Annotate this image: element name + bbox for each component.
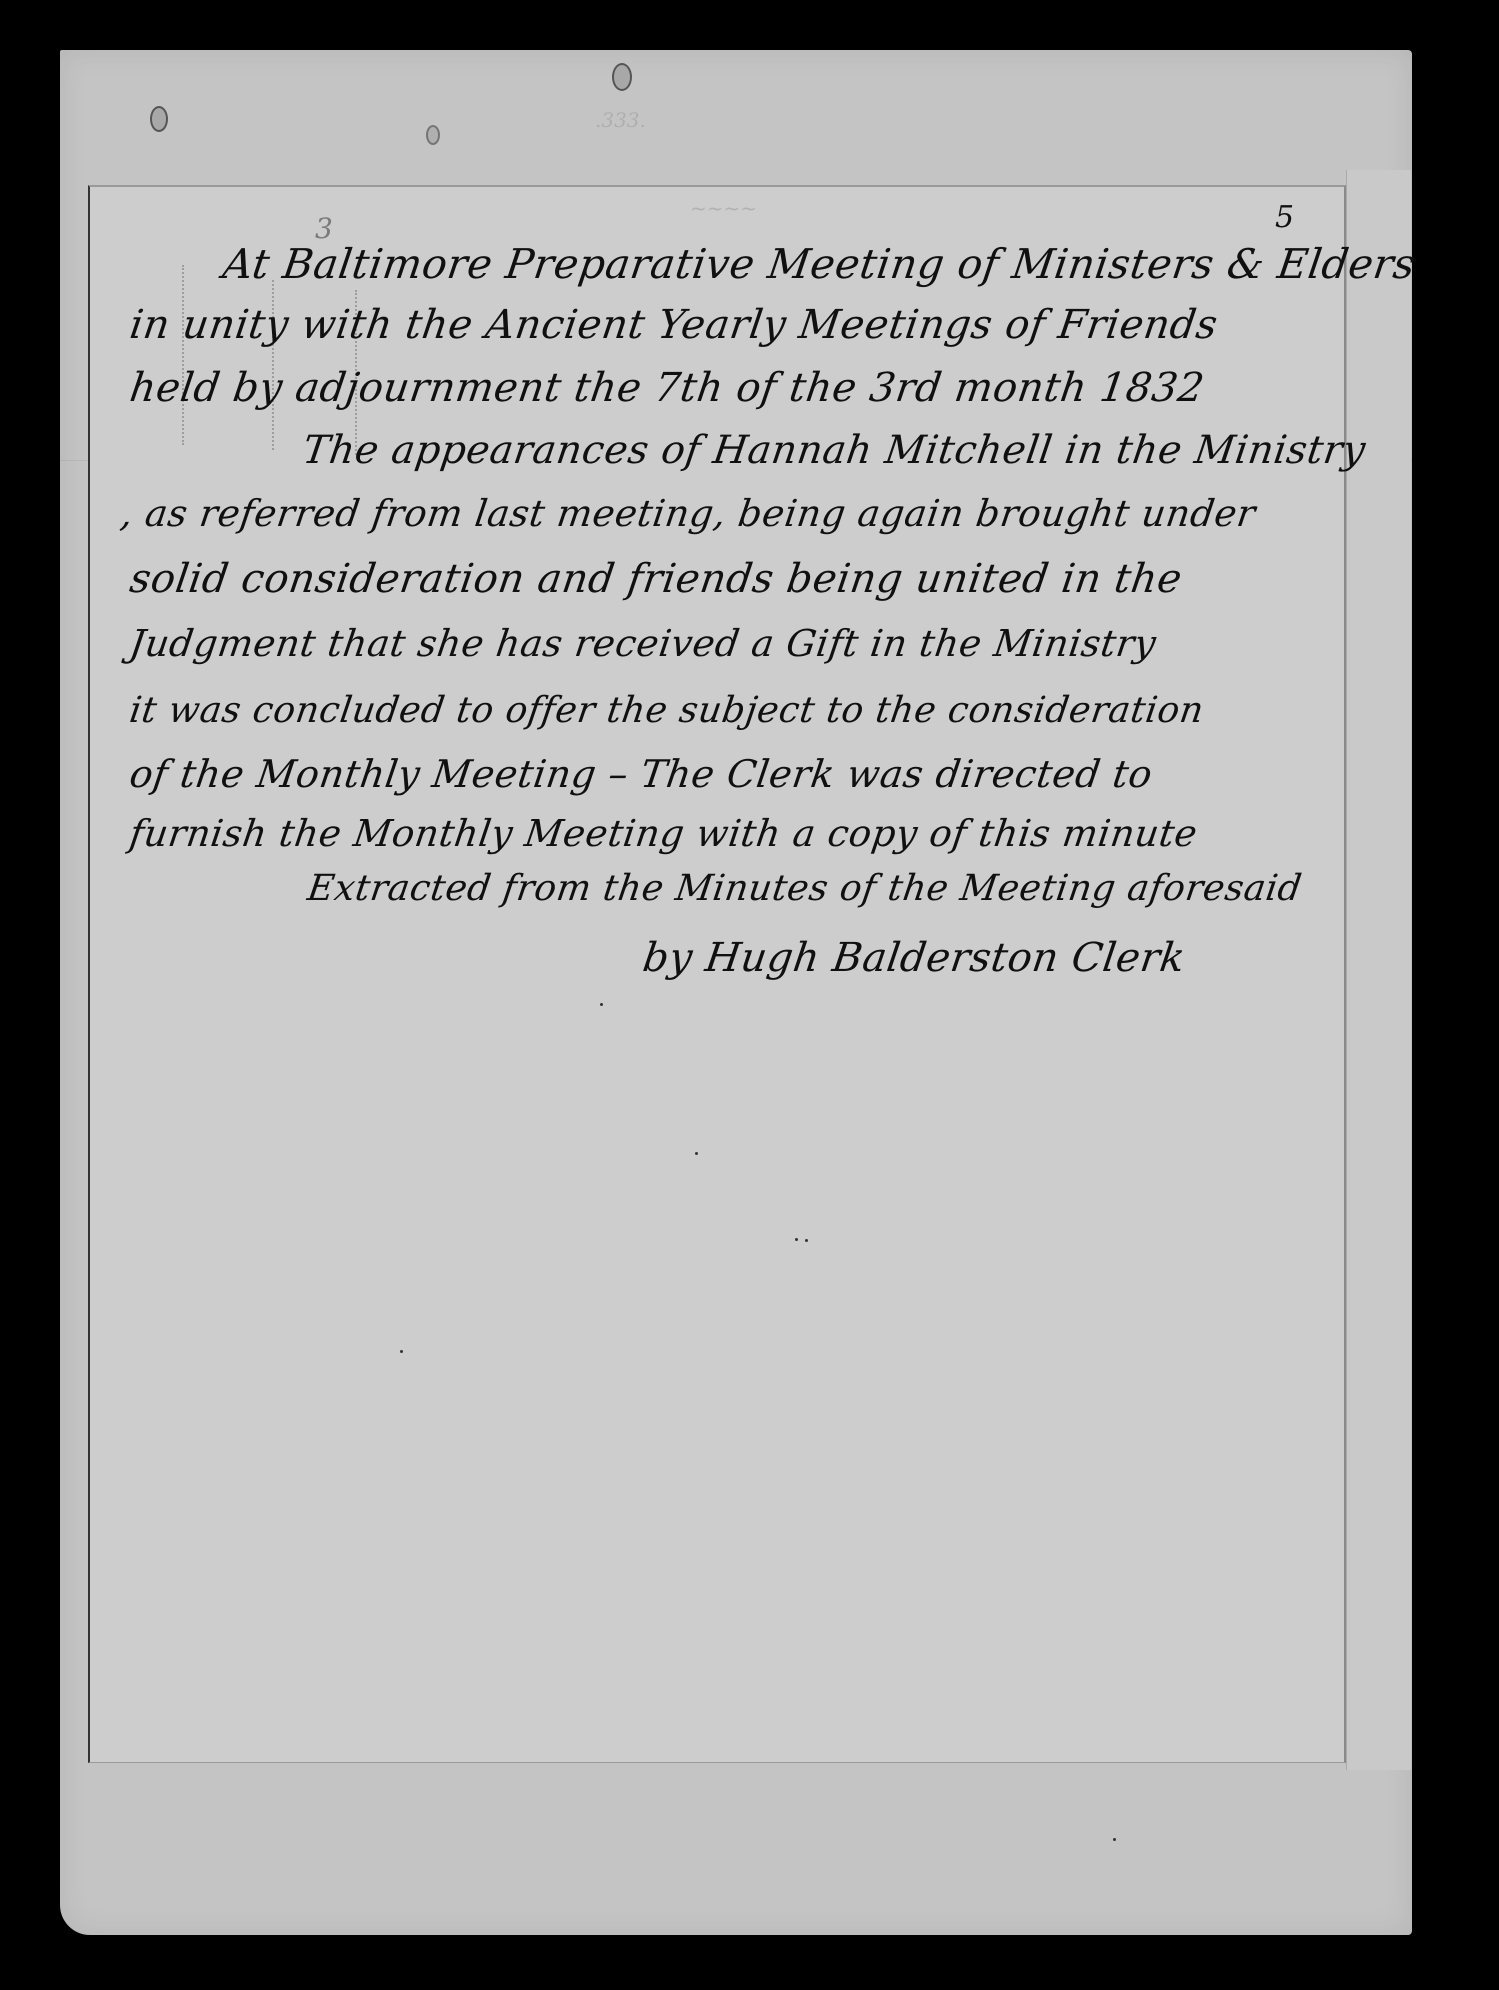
text-line: furnish the Monthly Meeting with a copy …: [127, 812, 1200, 855]
ink-speck: [600, 1003, 603, 1006]
text-line: in unity with the Ancient Yearly Meeting…: [127, 302, 1221, 348]
margin-decoration: [182, 265, 198, 445]
text-line: At Baltimore Preparative Meeting of Mini…: [220, 240, 1419, 288]
text-line: of the Monthly Meeting – The Clerk was d…: [127, 752, 1155, 796]
ink-speck: [1113, 1838, 1116, 1841]
ink-speck: [400, 1350, 403, 1353]
binding-hole-left: [150, 106, 168, 132]
ink-speck: [795, 1238, 798, 1241]
text-line: Extracted from the Minutes of the Meetin…: [305, 868, 1304, 909]
bleed-through-text: .333.: [595, 108, 646, 132]
text-line: The appearances of Hannah Mitchell in th…: [300, 428, 1368, 473]
backing-sheet-edge: [1346, 170, 1411, 1770]
text-line: , as referred from last meeting, being a…: [118, 492, 1258, 535]
page-number: 5: [1275, 200, 1294, 235]
ink-speck: [805, 1239, 808, 1242]
text-line: it was concluded to offer the subject to…: [127, 690, 1206, 731]
signature-line: by Hugh Balderston Clerk: [640, 935, 1188, 981]
ink-speck: [695, 1152, 698, 1155]
text-line: solid consideration and friends being un…: [127, 556, 1185, 602]
binding-hole-top: [612, 63, 632, 91]
binding-hole-middle: [426, 125, 440, 145]
text-line: held by adjournment the 7th of the 3rd m…: [127, 365, 1207, 411]
bleed-through-text: ~~~~: [690, 196, 757, 220]
text-line: Judgment that she has received a Gift in…: [127, 622, 1159, 665]
